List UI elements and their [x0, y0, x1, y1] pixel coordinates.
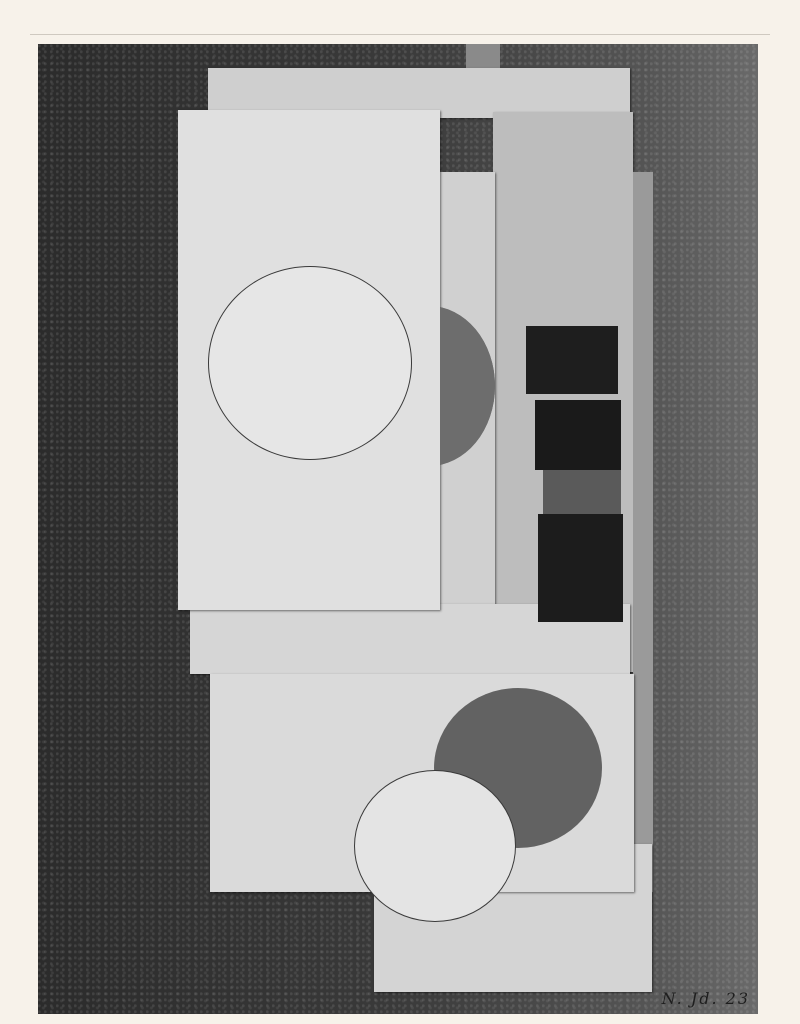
artist-signature: N. Jd. 23 [662, 989, 750, 1008]
right-edge-strip [633, 172, 653, 892]
upper-light-circle [208, 266, 412, 460]
dark-block-top [526, 326, 618, 394]
lower-light-circle [354, 770, 516, 922]
dark-block-lower [538, 514, 623, 622]
grey-block-between [543, 470, 621, 514]
mount-border-line [30, 34, 770, 35]
dark-block-middle [535, 400, 621, 470]
artwork-photograph: N. Jd. 23 [38, 44, 758, 1014]
